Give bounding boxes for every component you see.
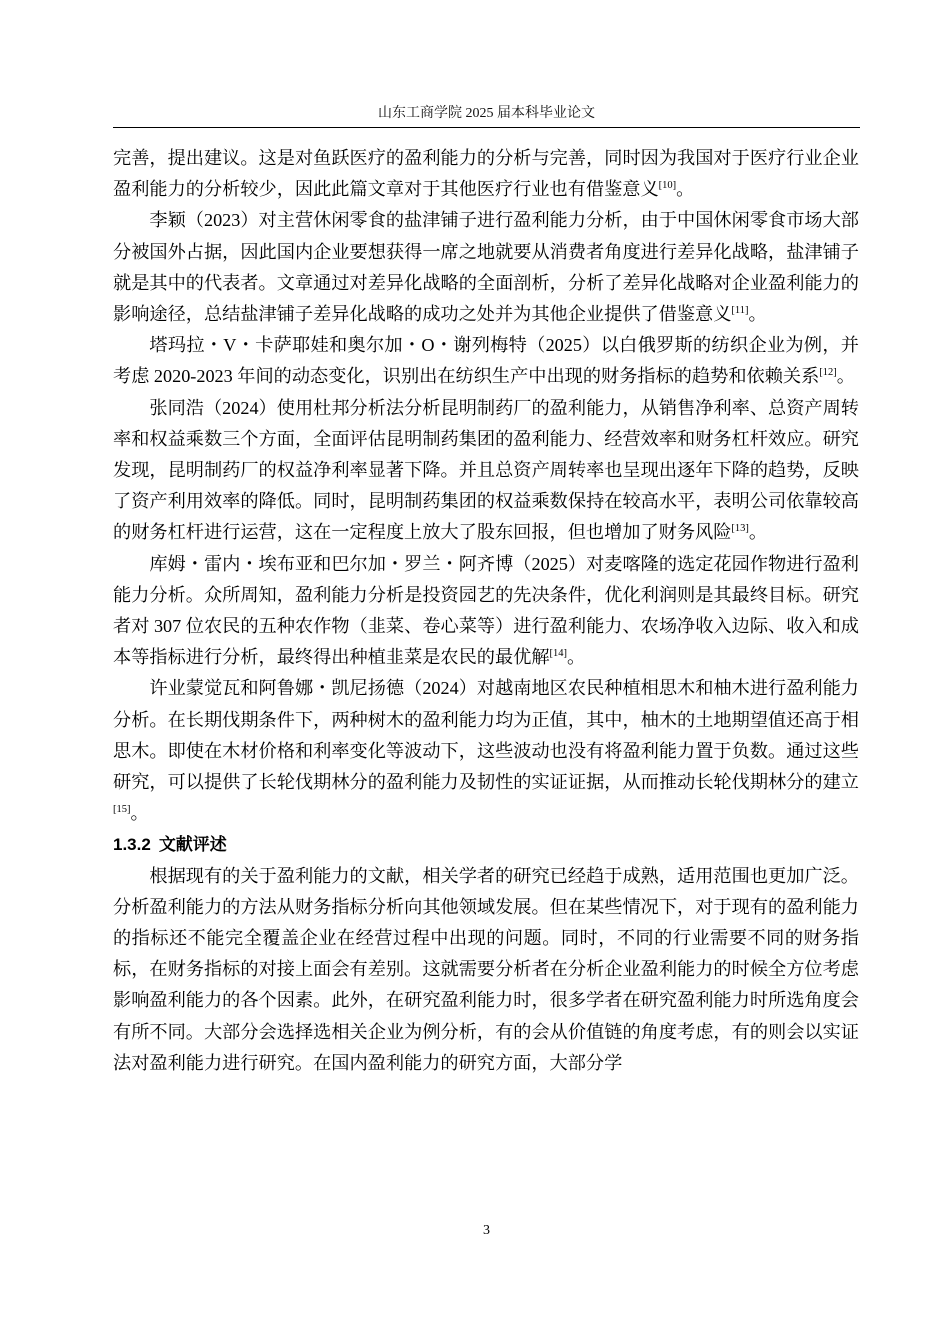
citation-ref: [10] (659, 180, 677, 191)
paragraph-literature-review: 根据现有的关于盈利能力的文献，相关学者的研究已经趋于成熟，适用范围也更加广泛。分… (113, 861, 859, 1079)
paragraph-li-ying: 李颖（2023）对主营休闲零食的盐津铺子进行盈利能力分析，由于中国休闲零食市场大… (113, 205, 859, 330)
paragraph-end: 。 (749, 304, 767, 324)
citation-ref: [15] (113, 804, 131, 815)
citation-ref: [11] (731, 305, 748, 316)
section-title: 文献评述 (159, 835, 227, 854)
paragraph-ebua: 库姆・雷内・埃布亚和巴尔加・罗兰・阿齐博（2025）对麦喀隆的选定花园作物进行盈… (113, 549, 859, 674)
paragraph-end: 。 (837, 366, 855, 386)
paragraph-continuation: 完善，提出建议。这是对鱼跃医疗的盈利能力的分析与完善，同时因为我国对于医疗行业企… (113, 143, 859, 205)
paragraph-end: 。 (676, 179, 694, 199)
paragraph-kasayeva: 塔玛拉・V・卡萨耶娃和奥尔加・O・谢列梅特（2025）以白俄罗斯的纺织企业为例，… (113, 330, 859, 392)
paragraph-zhang-tonghao: 张同浩（2024）使用杜邦分析法分析昆明制药厂的盈利能力，从销售净利率、总资产周… (113, 393, 859, 549)
citation-ref: [12] (819, 367, 837, 378)
page-number: 3 (113, 1222, 860, 1240)
paragraph-text: 张同浩（2024）使用杜邦分析法分析昆明制药厂的盈利能力，从销售净利率、总资产周… (113, 398, 859, 543)
paragraph-end: 。 (131, 803, 149, 823)
paragraph-text: 许业蒙觉瓦和阿鲁娜・凯尼扬德（2024）对越南地区农民种植相思木和柚木进行盈利能… (113, 678, 859, 792)
paragraph-end: 。 (567, 647, 585, 667)
paragraph-text: 完善，提出建议。这是对鱼跃医疗的盈利能力的分析与完善，同时因为我国对于医疗行业企… (113, 148, 859, 199)
section-heading: 1.3.2文献评述 (113, 829, 859, 860)
paragraph-vietnam-forestry: 许业蒙觉瓦和阿鲁娜・凯尼扬德（2024）对越南地区农民种植相思木和柚木进行盈利能… (113, 673, 859, 829)
running-header: 山东工商学院 2025 届本科毕业论文 (113, 104, 860, 124)
body-text: 完善，提出建议。这是对鱼跃医疗的盈利能力的分析与完善，同时因为我国对于医疗行业企… (113, 143, 859, 1079)
paragraph-text: 塔玛拉・V・卡萨耶娃和奥尔加・O・谢列梅特（2025）以白俄罗斯的纺织企业为例，… (113, 335, 859, 386)
paragraph-text: 根据现有的关于盈利能力的文献，相关学者的研究已经趋于成熟，适用范围也更加广泛。分… (113, 866, 859, 1073)
section-number: 1.3.2 (113, 835, 151, 854)
citation-ref: [14] (550, 648, 568, 659)
paragraph-end: 。 (749, 522, 767, 542)
citation-ref: [13] (731, 523, 749, 534)
header-divider (113, 127, 860, 128)
paragraph-text: 库姆・雷内・埃布亚和巴尔加・罗兰・阿齐博（2025）对麦喀隆的选定花园作物进行盈… (113, 554, 859, 668)
